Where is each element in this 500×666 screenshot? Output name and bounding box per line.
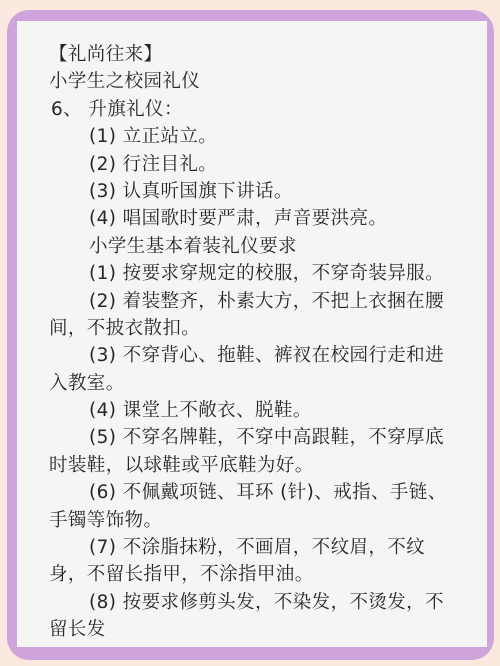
- list-item: (8) 按要求修剪头发，不染发，不烫发，不: [49, 589, 469, 616]
- list-item: (3) 认真听国旗下讲话。: [49, 178, 469, 205]
- list-item-continuation: 入教室。: [49, 370, 469, 397]
- list-item: (4) 唱国歌时要严肃，声音要洪亮。: [49, 205, 469, 232]
- list-item-continuation: 身，不留长指甲，不涂指甲油。: [49, 561, 469, 588]
- list-item-continuation: 间，不披衣散扣。: [49, 315, 469, 342]
- list-item: (5) 不穿名牌鞋，不穿中高跟鞋，不穿厚底: [49, 424, 469, 451]
- tag-title: 【礼尚往来】: [49, 41, 469, 68]
- section-title-dress-code: 小学生基本着装礼仪要求: [49, 233, 469, 260]
- list-item: (4) 课堂上不敞衣、脱鞋。: [49, 397, 469, 424]
- list-item-continuation: 手镯等饰物。: [49, 507, 469, 534]
- list-item: (7) 不涂脂抹粉，不画眉，不纹眉，不纹: [49, 534, 469, 561]
- page-title: 小学生之校园礼仪: [49, 68, 469, 95]
- list-item: (1) 立正站立。: [49, 123, 469, 150]
- list-item: (1) 按要求穿规定的校服，不穿奇装异服。: [49, 260, 469, 287]
- list-item-continuation: 时装鞋，以球鞋或平底鞋为好。: [49, 452, 469, 479]
- list-item: (3) 不穿背心、拖鞋、裤衩在校园行走和进: [49, 342, 469, 369]
- list-item: (2) 行注目礼。: [49, 151, 469, 178]
- list-item: (6) 不佩戴项链、耳环 (针)、戒指、手链、: [49, 479, 469, 506]
- list-item-continuation: 留长发: [49, 616, 469, 643]
- section-title-flag-ceremony: 6、 升旗礼仪：: [51, 96, 469, 123]
- document-body: 【礼尚往来】 小学生之校园礼仪 6、 升旗礼仪： (1) 立正站立。 (2) 行…: [49, 41, 469, 644]
- list-item: (2) 着装整齐，朴素大方，不把上衣捆在腰: [49, 288, 469, 315]
